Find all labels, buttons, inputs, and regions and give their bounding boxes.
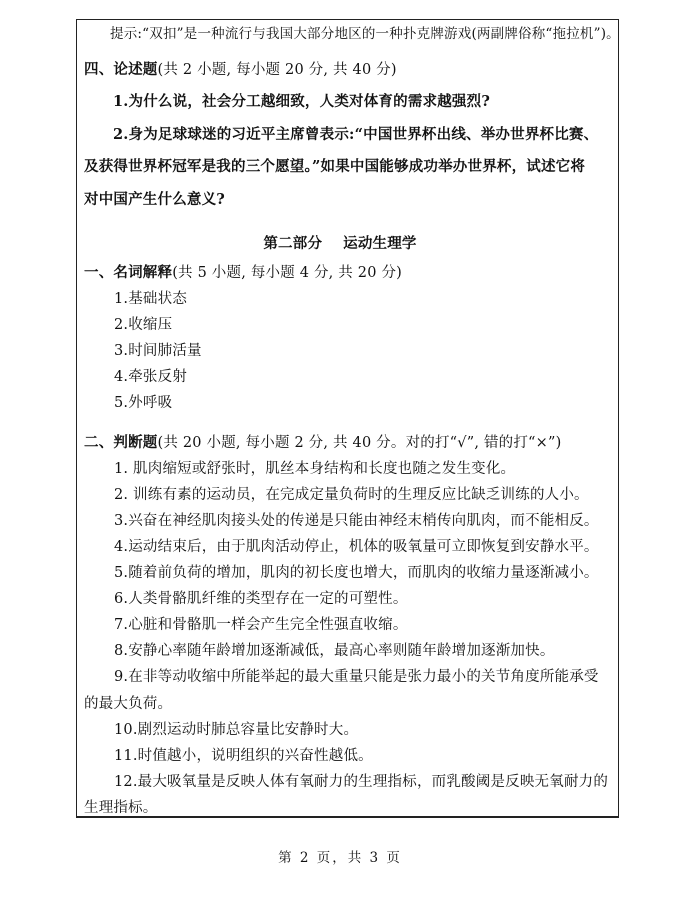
section4-q2-line1: 2.身为足球球迷的习近平主席曾表示:“中国世界杯出线、举办世界杯比赛、 <box>113 125 598 145</box>
term-item: 2.收缩压 <box>114 315 172 335</box>
part2-section2-heading-score: (共 20 小题, 每小题 2 分, 共 40 分。对的打“√”, 错的打“×”… <box>158 435 562 451</box>
note-text: 提示:“双扣”是一种流行与我国大部分地区的一种扑克牌游戏(两副牌俗称“拖拉机”)… <box>110 24 620 44</box>
section4-q2-line2: 及获得世界杯冠军是我的三个愿望。”如果中国能够成功举办世界杯，试述它将 <box>84 157 585 177</box>
judgment-item: 3.兴奋在神经肌肉接头处的传递是只能由神经末梢传向肌肉，而不能相反。 <box>114 511 599 531</box>
judgment-item-continued: 的最大负荷。 <box>84 694 172 714</box>
term-item: 4.牵张反射 <box>114 367 187 387</box>
judgment-item: 8.安静心率随年龄增加逐渐减低，最高心率则随年龄增加逐渐加快。 <box>114 641 555 661</box>
part2-section2-heading-title: 二、判断题 <box>84 434 158 451</box>
page-footer: 第 2 页，共 3 页 <box>0 848 680 868</box>
term-item: 5.外呼吸 <box>114 393 172 413</box>
judgment-item: 4.运动结束后，由于肌肉活动停止，机体的吸氧量可立即恢复到安静水平。 <box>114 537 599 557</box>
judgment-item: 2. 训练有素的运动员，在完成定量负荷时的生理反应比缺乏训练的人小。 <box>114 485 589 505</box>
part2-section1-heading-score: (共 5 小题, 每小题 4 分, 共 20 分) <box>172 265 402 281</box>
judgment-item: 1. 肌肉缩短或舒张时，肌丝本身结构和长度也随之发生变化。 <box>114 459 515 479</box>
judgment-item: 6.人类骨骼肌纤维的类型存在一定的可塑性。 <box>114 589 408 609</box>
part2-section1-heading-title: 一、名词解释 <box>84 264 172 281</box>
part2-section2-heading: 二、判断题(共 20 小题, 每小题 2 分, 共 40 分。对的打“√”, 错… <box>84 433 562 453</box>
judgment-item: 12.最大吸氧量是反映人体有氧耐力的生理指标，而乳酸阈是反映无氧耐力的 <box>114 772 608 792</box>
term-item: 1.基础状态 <box>114 289 187 309</box>
section4-heading: 四、论述题(共 2 小题, 每小题 20 分, 共 40 分) <box>84 60 397 80</box>
judgment-item: 9.在非等动收缩中所能举起的最大重量只能是张力最小的关节角度所能承受 <box>114 667 599 687</box>
judgment-item: 7.心脏和骨骼肌一样会产生完全性强直收缩。 <box>114 615 408 635</box>
part2-section1-heading: 一、名词解释(共 5 小题, 每小题 4 分, 共 20 分) <box>84 263 402 283</box>
section4-q1: 1.为什么说，社会分工越细致，人类对体育的需求越强烈? <box>113 92 490 112</box>
judgment-item: 11.时值越小，说明组织的兴奋性越低。 <box>114 746 373 766</box>
part2-title: 第二部分 运动生理学 <box>0 234 680 254</box>
term-item: 3.时间肺活量 <box>114 341 202 361</box>
section4-heading-score: (共 2 小题, 每小题 20 分, 共 40 分) <box>158 62 397 78</box>
judgment-item-continued: 生理指标。 <box>84 798 158 818</box>
section4-heading-title: 四、论述题 <box>84 61 158 78</box>
judgment-item: 10.剧烈运动时肺总容量比安静时大。 <box>114 720 358 740</box>
section4-q2-line3: 对中国产生什么意义? <box>84 190 225 210</box>
judgment-item: 5.随着前负荷的增加，肌肉的初长度也增大，而肌肉的收缩力量逐渐减小。 <box>114 563 599 583</box>
